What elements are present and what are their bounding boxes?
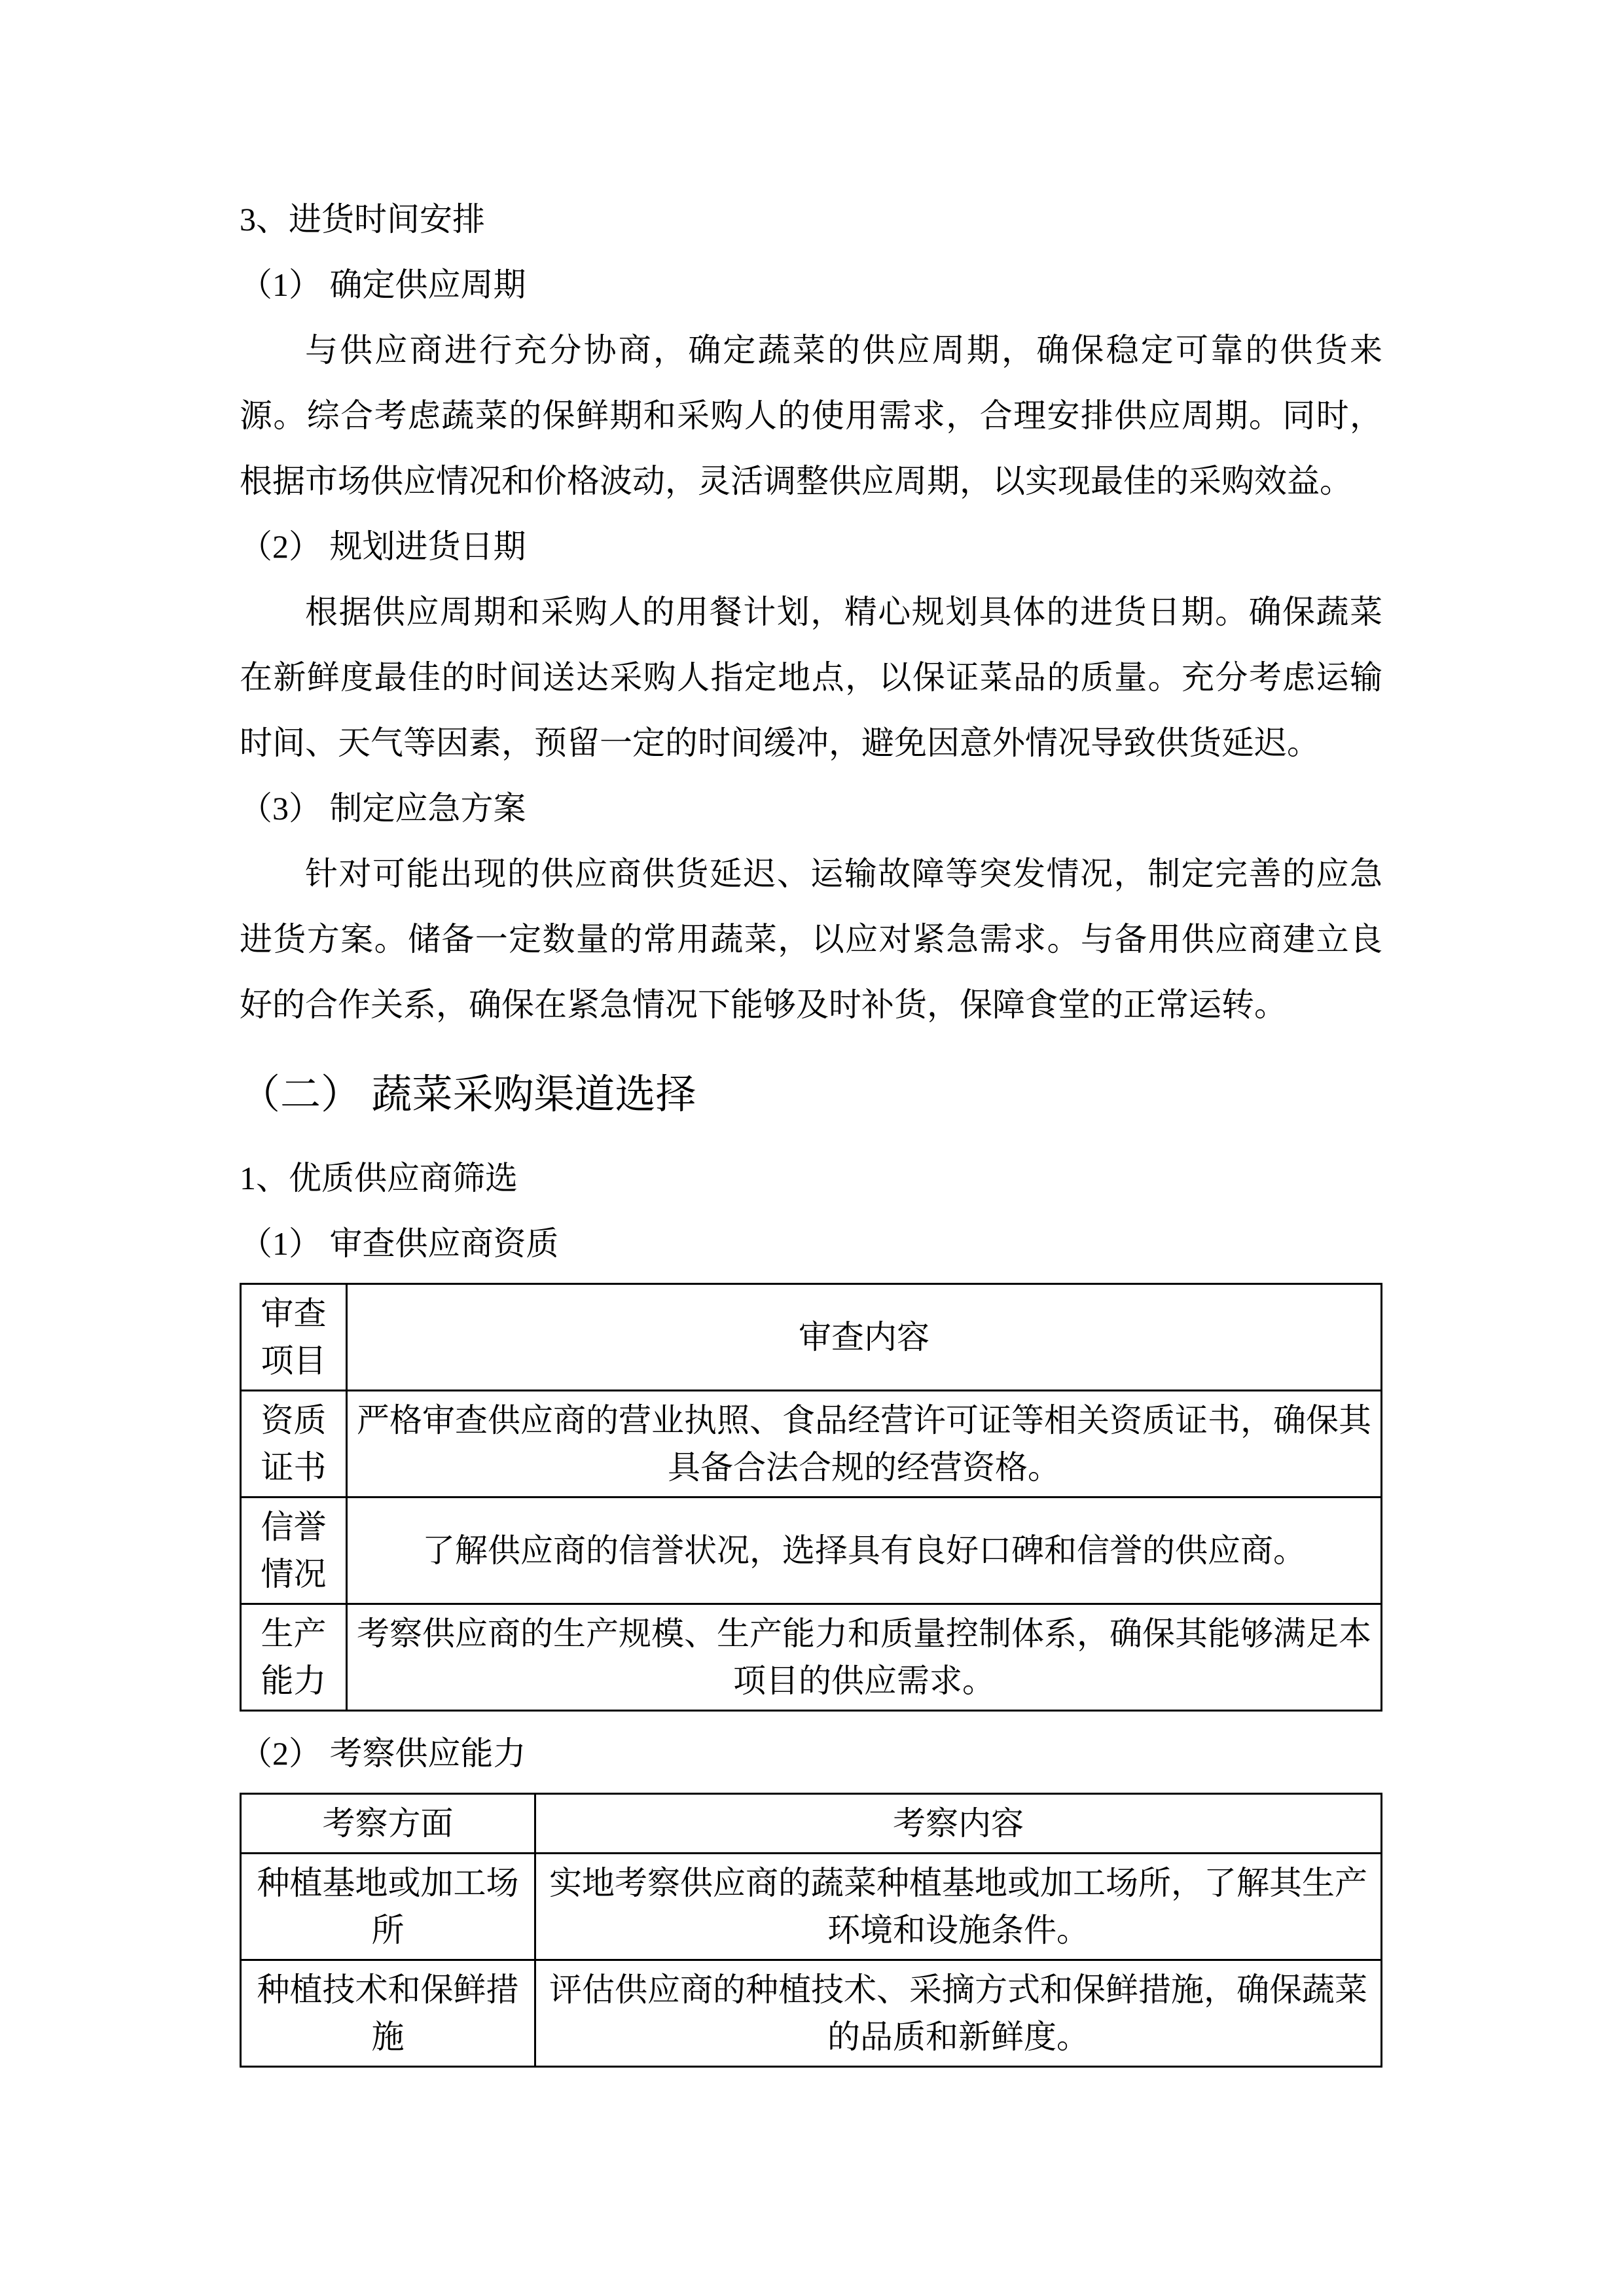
table-row: 种植基地或加工场所 实地考察供应商的蔬菜种植基地或加工场所，了解其生产环境和设施… [241,1854,1382,1960]
table-row: 资质证书 严格审查供应商的营业执照、食品经营许可证等相关资质证书，确保其具备合法… [241,1391,1382,1498]
qualification-table-header-item: 审查项目 [241,1284,347,1391]
qualification-row-content: 严格审查供应商的营业执照、食品经营许可证等相关资质证书，确保其具备合法合规的经营… [347,1391,1382,1498]
paragraph-supply-cycle: 与供应商进行充分协商，确定蔬菜的供应周期，确保稳定可靠的供货来源。综合考虑蔬菜的… [240,317,1382,514]
qualification-table: 审查项目 审查内容 资质证书 严格审查供应商的营业执照、食品经营许可证等相关资质… [240,1283,1382,1712]
document-content: 3、进货时间安排 （1） 确定供应周期 与供应商进行充分协商，确定蔬菜的供应周期… [240,187,1382,2077]
heading-supply-cycle: （1） 确定供应周期 [240,252,1382,317]
heading-review-qualification: （1） 审查供应商资质 [240,1211,1382,1276]
table-row: 生产能力 考察供应商的生产规模、生产能力和质量控制体系，确保其能够满足本项目的供… [241,1604,1382,1711]
table-row: 种植技术和保鲜措施 评估供应商的种植技术、采摘方式和保鲜措施，确保蔬菜的品质和新… [241,1960,1382,2067]
heading-channel-selection: （二） 蔬菜采购渠道选择 [240,1052,1382,1138]
paragraph-plan-date: 根据供应周期和采购人的用餐计划，精心规划具体的进货日期。确保蔬菜在新鲜度最佳的时… [240,579,1382,776]
qualification-row-item: 信誉情况 [241,1498,347,1604]
capacity-table-header-row: 考察方面 考察内容 [241,1794,1382,1854]
qualification-row-item: 资质证书 [241,1391,347,1498]
capacity-row-item: 种植基地或加工场所 [241,1854,535,1960]
heading-intake-schedule: 3、进货时间安排 [240,187,1382,252]
qualification-row-item: 生产能力 [241,1604,347,1711]
table-row: 信誉情况 了解供应商的信誉状况，选择具有良好口碑和信誉的供应商。 [241,1498,1382,1604]
capacity-row-item: 种植技术和保鲜措施 [241,1960,535,2067]
heading-plan-date: （2） 规划进货日期 [240,514,1382,579]
qualification-row-content: 考察供应商的生产规模、生产能力和质量控制体系，确保其能够满足本项目的供应需求。 [347,1604,1382,1711]
document-page: 3、进货时间安排 （1） 确定供应周期 与供应商进行充分协商，确定蔬菜的供应周期… [0,0,1624,2296]
qualification-table-header-content: 审查内容 [347,1284,1382,1391]
heading-emergency-plan: （3） 制定应急方案 [240,776,1382,841]
qualification-row-content: 了解供应商的信誉状况，选择具有良好口碑和信誉的供应商。 [347,1498,1382,1604]
paragraph-emergency-plan: 针对可能出现的供应商供货延迟、运输故障等突发情况，制定完善的应急进货方案。储备一… [240,841,1382,1037]
capacity-table-header-item: 考察方面 [241,1794,535,1854]
heading-supplier-screening: 1、优质供应商筛选 [240,1145,1382,1211]
capacity-table: 考察方面 考察内容 种植基地或加工场所 实地考察供应商的蔬菜种植基地或加工场所，… [240,1793,1382,2068]
heading-inspect-capacity: （2） 考察供应能力 [240,1721,1382,1786]
qualification-table-header-row: 审查项目 审查内容 [241,1284,1382,1391]
capacity-table-header-content: 考察内容 [535,1794,1382,1854]
capacity-row-content: 实地考察供应商的蔬菜种植基地或加工场所，了解其生产环境和设施条件。 [535,1854,1382,1960]
capacity-row-content: 评估供应商的种植技术、采摘方式和保鲜措施，确保蔬菜的品质和新鲜度。 [535,1960,1382,2067]
